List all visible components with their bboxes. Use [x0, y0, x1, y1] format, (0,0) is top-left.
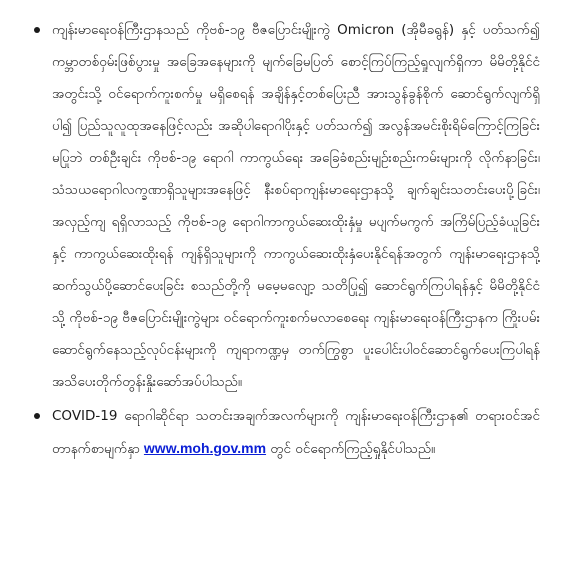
document-page: ကျန်းမာရေးဝန်ကြီးဌာနသည် ကိုဗစ်-၁၉ ဗီဇပြေ… — [0, 0, 568, 581]
bullet-text-after-link: တွင် ဝင်ရောက်ကြည့်ရှုနိုင်ပါသည်။ — [266, 441, 435, 457]
bullet-item-covid-info: COVID-19 ရောဂါဆိုင်ရာ သတင်းအချက်အလက်များ… — [30, 400, 540, 465]
moh-website-link[interactable]: www.moh.gov.mm — [144, 440, 266, 456]
bullet-list: ကျန်းမာရေးဝန်ကြီးဌာနသည် ကိုဗစ်-၁၉ ဗီဇပြေ… — [30, 14, 540, 465]
bullet-item-omicron-notice: ကျန်းမာရေးဝန်ကြီးဌာနသည် ကိုဗစ်-၁၉ ဗီဇပြေ… — [30, 14, 540, 398]
bullet-dot-icon — [34, 27, 40, 33]
bullet-text: ကျန်းမာရေးဝန်ကြီးဌာနသည် ကိုဗစ်-၁၉ ဗီဇပြေ… — [52, 22, 540, 390]
bullet-dot-icon — [34, 413, 40, 419]
